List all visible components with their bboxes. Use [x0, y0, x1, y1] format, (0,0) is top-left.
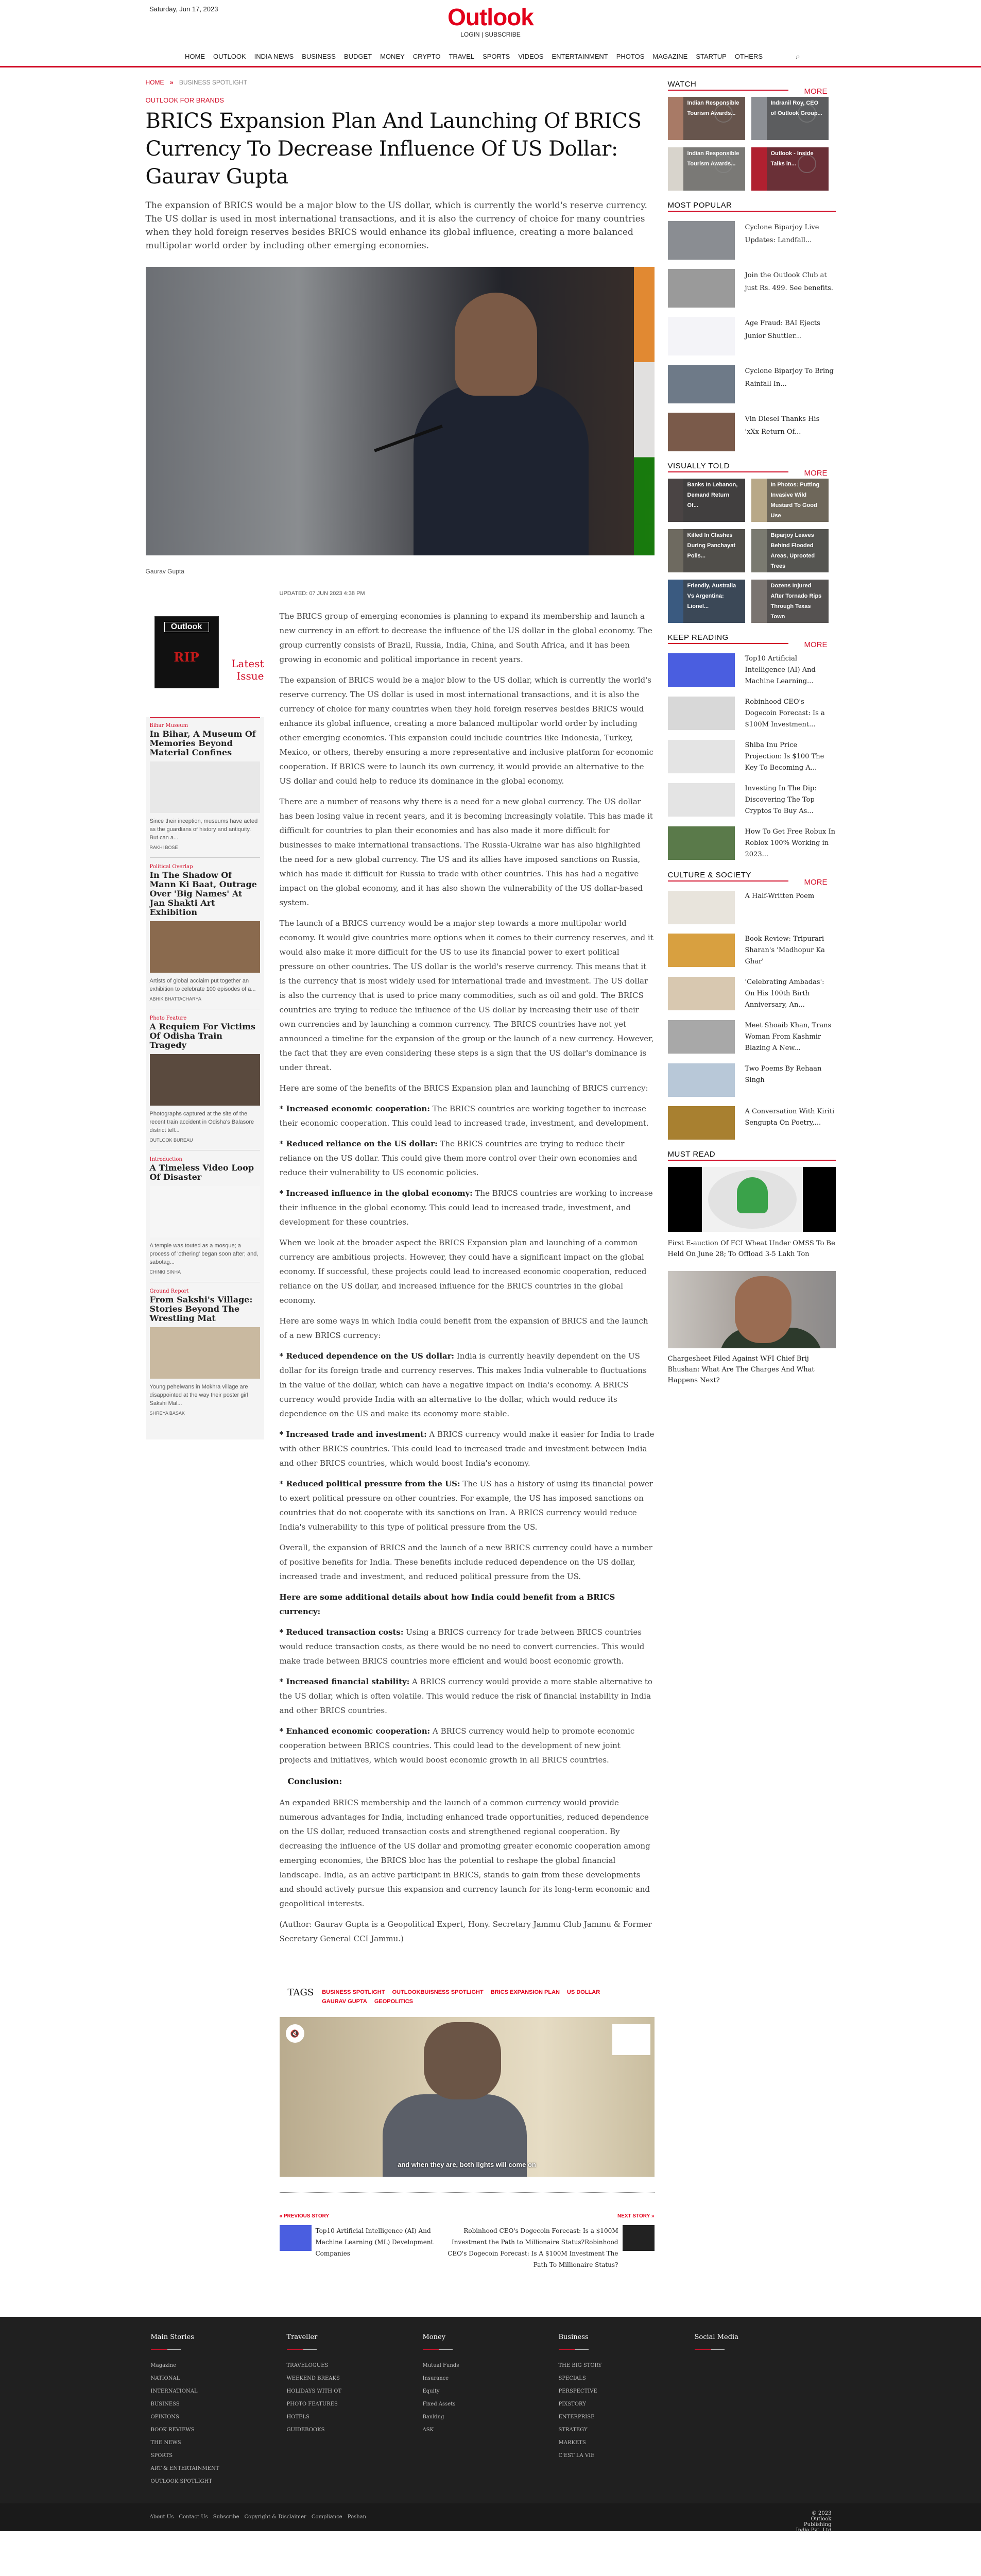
media-tile[interactable]: Friendly, Australia Vs Argentina: Lionel…: [668, 580, 745, 623]
footer-link[interactable]: SPORTS: [151, 2449, 287, 2462]
list-item-title[interactable]: A Conversation With Kiriti Sengupta On P…: [745, 1106, 836, 1140]
footer-column: Main StoriesMagazineNATIONALINTERNATIONA…: [151, 2333, 287, 2488]
nav-item-videos[interactable]: VIDEOS: [514, 53, 547, 62]
footer-link[interactable]: STRATEGY: [559, 2424, 695, 2436]
mute-icon[interactable]: 🔇: [286, 2024, 304, 2043]
list-item-thumbnail[interactable]: [668, 826, 735, 860]
site-footer: Main StoriesMagazineNATIONALINTERNATIONA…: [0, 2317, 981, 2531]
media-tile[interactable]: In Photos: Putting Invasive Wild Mustard…: [751, 479, 829, 522]
tag-link[interactable]: US DOLLAR: [567, 1989, 600, 1995]
nav-item-startup[interactable]: STARTUP: [692, 53, 730, 62]
paragraph: The launch of a BRICS currency would be …: [280, 916, 655, 1075]
hero-image: [146, 267, 655, 555]
paragraph: When we look at the broader aspect the B…: [280, 1235, 655, 1308]
footer-link[interactable]: SPECIALS: [559, 2372, 695, 2385]
footer-column-rule: [695, 2349, 725, 2350]
tag-link[interactable]: BUSINESS SPOTLIGHT: [322, 1989, 385, 1995]
paragraph-bold: Here are some additional details about h…: [280, 1592, 615, 1616]
must-read-section: MUST READ First E-auction Of FCI Wheat U…: [668, 1150, 836, 1386]
list-item-thumbnail[interactable]: [668, 891, 735, 924]
footer-link[interactable]: OPINIONS: [151, 2411, 287, 2424]
footer-bottom-links: About UsContact UsSubscribeCopyright & D…: [150, 2511, 372, 2533]
list-item[interactable]: Shiba Inu Price Projection: Is $100 The …: [668, 740, 836, 774]
footer-link[interactable]: ENTERPRISE: [559, 2411, 695, 2424]
list-item-thumbnail[interactable]: [668, 934, 735, 967]
tile-title[interactable]: Dozens Injured After Tornado Rips Throug…: [767, 580, 829, 623]
latest-issue-rule: [150, 717, 260, 718]
tile-title[interactable]: Biparjoy Leaves Behind Flooded Areas, Up…: [767, 529, 829, 572]
article-kicker[interactable]: OUTLOOK FOR BRANDS: [146, 96, 655, 104]
list-item-thumbnail[interactable]: [668, 1063, 735, 1097]
list-item-thumbnail[interactable]: [668, 269, 735, 308]
footer-link[interactable]: C'EST LA VIE: [559, 2449, 695, 2462]
next-story-title[interactable]: Robinhood CEO's Dogecoin Forecast: Is a …: [447, 2225, 618, 2270]
bullet-heading: * Reduced political pressure from the US…: [280, 1479, 460, 1488]
tag-link[interactable]: GEOPOLITICS: [374, 1998, 413, 2005]
footer-link[interactable]: TRAVELOGUES: [287, 2359, 423, 2372]
tile-title[interactable]: Outlook - Inside Talks in...: [767, 147, 829, 191]
video-figure-head: [424, 2022, 501, 2099]
footer-link[interactable]: Equity: [423, 2385, 559, 2398]
next-story[interactable]: NEXT STORY » Robinhood CEO's Dogecoin Fo…: [447, 2213, 654, 2270]
list-item-thumbnail[interactable]: [668, 1106, 735, 1140]
previous-story-label[interactable]: « PREVIOUS STORY: [280, 2213, 448, 2219]
card-author[interactable]: ABHIK BHATTACHARYA: [150, 996, 260, 1002]
footer-bottom: About UsContact UsSubscribeCopyright & D…: [0, 2503, 981, 2531]
bullet-paragraph: * Reduced reliance on the US dollar: The…: [280, 1137, 655, 1180]
bullet-heading: * Enhanced economic cooperation:: [280, 1726, 431, 1736]
list-item[interactable]: 'Celebrating Ambadas': On His 100th Birt…: [668, 977, 836, 1011]
keep-reading-list: Top10 Artificial Intelligence (AI) And M…: [668, 653, 836, 860]
tag-link[interactable]: BRICS EXPANSION PLAN: [491, 1989, 560, 1995]
footer-column: TravellerTRAVELOGUESWEEKEND BREAKSHOLIDA…: [287, 2333, 423, 2488]
footer-link[interactable]: BOOK REVIEWS: [151, 2424, 287, 2436]
footer-columns: Main StoriesMagazineNATIONALINTERNATIONA…: [146, 2317, 836, 2503]
footer-link[interactable]: WEEKEND BREAKS: [287, 2372, 423, 2385]
keep-reading-more-link[interactable]: MORE: [804, 640, 828, 649]
previous-story-thumbnail[interactable]: [280, 2225, 312, 2251]
nav-item-magazine[interactable]: MAGAZINE: [648, 53, 692, 62]
list-item-title[interactable]: Investing In The Dip: Discovering The To…: [745, 783, 836, 817]
media-tile[interactable]: Biparjoy Leaves Behind Flooded Areas, Up…: [751, 529, 829, 572]
card-author[interactable]: OUTLOOK BUREAU: [150, 1138, 260, 1143]
tile-title[interactable]: Indian Responsible Tourism Awards...: [683, 147, 745, 191]
sidebar: WATCH MORE Indian Responsible Tourism Aw…: [668, 75, 836, 2270]
list-item[interactable]: How To Get Free Robux In Roblox 100% Wor…: [668, 826, 836, 860]
footer-link[interactable]: Insurance: [423, 2372, 559, 2385]
list-item[interactable]: Investing In The Dip: Discovering The To…: [668, 783, 836, 817]
main-nav: HOMEOUTLOOKINDIA NEWSBUSINESSBUDGETMONEY…: [0, 53, 981, 62]
paragraph: Here are some ways in which India could …: [280, 1314, 655, 1343]
bullet-heading: * Increased economic cooperation:: [280, 1104, 430, 1113]
card-summary: Since their inception, museums have acte…: [150, 817, 260, 842]
next-story-label[interactable]: NEXT STORY »: [447, 2213, 654, 2219]
tile-title[interactable]: In Photos: Putting Invasive Wild Mustard…: [767, 479, 829, 522]
bullet-paragraph: * Reduced political pressure from the US…: [280, 1477, 655, 1534]
list-item-thumbnail[interactable]: [668, 365, 735, 403]
watch-grid: Indian Responsible Tourism Awards...Indr…: [668, 97, 836, 191]
watch-section: WATCH MORE Indian Responsible Tourism Aw…: [668, 80, 836, 191]
card-image[interactable]: [150, 1054, 260, 1106]
nav-item-entertainment[interactable]: ENTERTAINMENT: [547, 53, 612, 62]
tags-section: TAGS BUSINESS SPOTLIGHTOUTLOOKBUISNESS S…: [280, 1987, 655, 2005]
card-headline[interactable]: A Requiem For Victims Of Odisha Train Tr…: [150, 1022, 260, 1050]
previous-story[interactable]: « PREVIOUS STORY Top10 Artificial Intell…: [280, 2213, 448, 2270]
bullet-heading: * Increased influence in the global econ…: [280, 1189, 473, 1198]
card-image[interactable]: [150, 921, 260, 973]
card-headline[interactable]: In Bihar, A Museum Of Memories Beyond Ma…: [150, 730, 260, 757]
footer-link[interactable]: HOTELS: [287, 2411, 423, 2424]
next-story-thumbnail[interactable]: [623, 2225, 655, 2251]
footer-link[interactable]: MARKETS: [559, 2436, 695, 2449]
footer-column: MoneyMutual FundsInsuranceEquityFixed As…: [423, 2333, 559, 2488]
article-wrap: Outlook RIP Latest Issue Bihar MuseumIn …: [146, 596, 655, 2270]
card-category[interactable]: Ground Report: [150, 1289, 260, 1294]
paragraph: Here are some additional details about h…: [280, 1590, 655, 1619]
list-item[interactable]: Book Review: Tripurari Sharan's 'Madhopu…: [668, 934, 836, 968]
breadcrumb-section[interactable]: BUSINESS SPOTLIGHT: [179, 79, 247, 86]
list-item-thumbnail[interactable]: [668, 740, 735, 773]
breadcrumb: HOME » BUSINESS SPOTLIGHT: [146, 79, 655, 86]
latest-issue-cards: Bihar MuseumIn Bihar, A Museum Of Memori…: [146, 717, 264, 1439]
updated-timestamp: UPDATED: 07 JUN 2023 4:38 PM: [280, 590, 655, 597]
must-read-image-1[interactable]: [668, 1167, 836, 1232]
cover-logo: Outlook: [164, 622, 209, 632]
list-item[interactable]: A Half-Written Poem: [668, 891, 836, 924]
footer-bottom-link[interactable]: Poshan: [348, 2514, 366, 2520]
login-link[interactable]: LOGIN: [460, 31, 479, 38]
footer-column: Social Media: [695, 2333, 831, 2488]
latest-issue-card[interactable]: Ground ReportFrom Sakshi's Village: Stor…: [150, 1289, 260, 1423]
dotted-divider: [280, 2192, 655, 2193]
tile-title[interactable]: Killed In Clashes During Panchayat Polls…: [683, 529, 745, 572]
keep-reading-rule: [668, 643, 788, 644]
list-item-title[interactable]: Book Review: Tripurari Sharan's 'Madhopu…: [745, 934, 836, 968]
latest-issue-label-line1: Latest: [231, 657, 264, 670]
article-body: UPDATED: 07 JUN 2023 4:38 PM The BRICS g…: [280, 596, 655, 2270]
list-item[interactable]: Robinhood CEO's Dogecoin Forecast: Is a …: [668, 697, 836, 731]
must-read-headline-2[interactable]: Chargesheet Filed Against WFI Chief Brij…: [668, 1353, 836, 1386]
footer-column-rule: [151, 2349, 181, 2350]
paragraph: The BRICS group of emerging economies is…: [280, 609, 655, 667]
footer-link[interactable]: ART & ENTERTAINMENT: [151, 2462, 287, 2475]
nav-item-crypto[interactable]: CRYPTO: [409, 53, 445, 62]
breadcrumb-home[interactable]: HOME: [146, 79, 164, 86]
bullet-paragraph: * Increased financial stability: A BRICS…: [280, 1674, 655, 1718]
hero-figure-body: [414, 385, 589, 555]
footer-link[interactable]: Banking: [423, 2411, 559, 2424]
list-item[interactable]: Age Fraud: BAI Ejects Junior Shuttler...: [668, 317, 836, 355]
visually-told-grid: Banks In Lebanon, Demand Return Of...In …: [668, 479, 836, 623]
card-author[interactable]: CHINKI SINHA: [150, 1269, 260, 1275]
sponsor-badge: [612, 2024, 650, 2055]
list-item-title[interactable]: Join the Outlook Club at just Rs. 499. S…: [745, 269, 836, 308]
footer-bottom-link[interactable]: About Us: [150, 2514, 174, 2520]
most-popular-title: MOST POPULAR: [668, 201, 836, 210]
media-tile[interactable]: Killed In Clashes During Panchayat Polls…: [668, 529, 745, 572]
nav-item-money[interactable]: MONEY: [376, 53, 409, 62]
bullet-heading: * Increased financial stability:: [280, 1677, 410, 1686]
tile-title[interactable]: Friendly, Australia Vs Argentina: Lionel…: [683, 580, 745, 623]
card-image[interactable]: [150, 1327, 260, 1379]
video-subtitle: and when they are, both lights will come…: [280, 2161, 655, 2168]
tile-title[interactable]: Indian Responsible Tourism Awards...: [683, 97, 745, 140]
visually-told-rule: [668, 471, 788, 472]
previous-story-title[interactable]: Top10 Artificial Intelligence (AI) And M…: [316, 2225, 448, 2259]
conclusion-heading: Conclusion:: [288, 1776, 655, 1786]
footer-link[interactable]: Mutual Funds: [423, 2359, 559, 2372]
bullet-paragraph: * Reduced dependence on the US dollar: I…: [280, 1349, 655, 1421]
list-item[interactable]: Meet Shoaib Khan, Trans Woman From Kashm…: [668, 1020, 836, 1054]
tile-title[interactable]: Banks In Lebanon, Demand Return Of...: [683, 479, 745, 522]
list-item-title[interactable]: Two Poems By Rehaan Singh: [745, 1063, 836, 1097]
footer-link[interactable]: PHOTO FEATURES: [287, 2398, 423, 2411]
keep-reading-section: KEEP READING MORE Top10 Artificial Intel…: [668, 633, 836, 860]
media-tile[interactable]: Dozens Injured After Tornado Rips Throug…: [751, 580, 829, 623]
card-author[interactable]: SHREYA BASAK: [150, 1411, 260, 1416]
list-item-title[interactable]: How To Get Free Robux In Roblox 100% Wor…: [745, 826, 836, 860]
latest-issue-card[interactable]: Political OverlapIn The Shadow Of Mann K…: [150, 864, 260, 1009]
hero-flag: [634, 267, 655, 555]
watch-rule: [668, 90, 788, 91]
card-category[interactable]: Political Overlap: [150, 864, 260, 870]
outlook-logo[interactable]: Outlook: [0, 3, 981, 31]
list-item-title[interactable]: Shiba Inu Price Projection: Is $100 The …: [745, 740, 836, 774]
footer-link[interactable]: ASK: [423, 2424, 559, 2436]
latest-issue-card[interactable]: IntroductionA Timeless Video Loop Of Dis…: [150, 1157, 260, 1282]
paragraph: Here are some of the benefits of the BRI…: [280, 1081, 655, 1095]
bullet-paragraph: * Increased influence in the global econ…: [280, 1186, 655, 1229]
footer-link[interactable]: THE BIG STORY: [559, 2359, 695, 2372]
list-item-title[interactable]: Age Fraud: BAI Ejects Junior Shuttler...: [745, 317, 836, 355]
list-item-thumbnail[interactable]: [668, 1020, 735, 1054]
list-item-title[interactable]: Meet Shoaib Khan, Trans Woman From Kashm…: [745, 1020, 836, 1054]
site-header: Saturday, Jun 17, 2023 Outlook LOGIN | S…: [0, 0, 981, 67]
card-category[interactable]: Bihar Museum: [150, 723, 260, 728]
footer-link[interactable]: HOLIDAYS WITH OT: [287, 2385, 423, 2398]
bullet-text: India is currently heavily dependent on …: [280, 1351, 647, 1418]
footer-link[interactable]: THE NEWS: [151, 2436, 287, 2449]
bullet-paragraph: * Increased trade and investment: A BRIC…: [280, 1427, 655, 1470]
card-author[interactable]: RAKHI BOSE: [150, 845, 260, 850]
footer-bottom-link[interactable]: Copyright & Disclaimer: [245, 2514, 306, 2520]
list-item-title[interactable]: Robinhood CEO's Dogecoin Forecast: Is a …: [745, 697, 836, 731]
footer-column-title: Main Stories: [151, 2333, 287, 2341]
card-category[interactable]: Photo Feature: [150, 1015, 260, 1021]
nav-item-outlook[interactable]: OUTLOOK: [209, 53, 250, 62]
footer-column-title: Business: [559, 2333, 695, 2341]
nav-item-business[interactable]: BUSINESS: [298, 53, 340, 62]
latest-issue-label[interactable]: Latest Issue: [231, 657, 264, 682]
most-popular-section: MOST POPULAR Cyclone Biparjoy Live Updat…: [668, 201, 836, 451]
most-popular-list: Cyclone Biparjoy Live Updates: Landfall.…: [668, 221, 836, 451]
watch-more-link[interactable]: MORE: [804, 87, 828, 96]
visually-told-more-link[interactable]: MORE: [804, 469, 828, 478]
media-tile[interactable]: Indian Responsible Tourism Awards...: [668, 97, 745, 140]
nav-item-travel[interactable]: TRAVEL: [444, 53, 478, 62]
list-item-thumbnail[interactable]: [668, 977, 735, 1010]
must-read-image-2[interactable]: [668, 1271, 836, 1348]
list-item-thumbnail[interactable]: [668, 783, 735, 817]
list-item[interactable]: Cyclone Biparjoy Live Updates: Landfall.…: [668, 221, 836, 260]
hero-caption: Gaurav Gupta: [146, 568, 655, 575]
footer-link[interactable]: Fixed Assets: [423, 2398, 559, 2411]
footer-link[interactable]: INTERNATIONAL: [151, 2385, 287, 2398]
nav-item-india-news[interactable]: INDIA NEWS: [250, 53, 298, 62]
search-icon[interactable]: ⌕: [796, 53, 800, 62]
nav-item-budget[interactable]: BUDGET: [340, 53, 376, 62]
media-tile[interactable]: Indranil Roy, CEO of Outlook Group...: [751, 97, 829, 140]
tags-list: BUSINESS SPOTLIGHTOUTLOOKBUISNESS SPOTLI…: [322, 1987, 641, 2005]
auth-separator: |: [481, 31, 483, 38]
breadcrumb-separator: »: [170, 79, 174, 86]
latest-issue-panel: Outlook RIP Latest Issue Bihar MuseumIn …: [146, 596, 264, 2270]
header-bar: Saturday, Jun 17, 2023 Outlook LOGIN | S…: [0, 0, 981, 61]
bullet-heading: * Increased trade and investment:: [280, 1430, 427, 1439]
card-headline[interactable]: A Timeless Video Loop Of Disaster: [150, 1163, 260, 1182]
footer-link[interactable]: PERSPECTIVE: [559, 2385, 695, 2398]
most-popular-rule: [668, 211, 836, 212]
bullet-heading: * Reduced reliance on the US dollar:: [280, 1139, 438, 1148]
card-summary: Photographs captured at the site of the …: [150, 1110, 260, 1134]
article-dek: The expansion of BRICS would be a major …: [146, 199, 655, 252]
bullet-paragraph: * Enhanced economic cooperation: A BRICS…: [280, 1724, 655, 1767]
footer-bottom-link[interactable]: Contact Us: [179, 2514, 208, 2520]
card-headline[interactable]: From Sakshi's Village: Stories Beyond Th…: [150, 1295, 260, 1323]
card-image[interactable]: [150, 1186, 260, 1238]
footer-column-title: Traveller: [287, 2333, 423, 2341]
nav-item-photos[interactable]: PHOTOS: [612, 53, 649, 62]
footer-column: BusinessTHE BIG STORYSPECIALSPERSPECTIVE…: [559, 2333, 695, 2488]
card-summary: Artists of global acclaim put together a…: [150, 977, 260, 993]
footer-link[interactable]: NATIONAL: [151, 2372, 287, 2385]
list-item[interactable]: Cyclone Biparjoy To Bring Rainfall In...: [668, 365, 836, 403]
list-item[interactable]: Top10 Artificial Intelligence (AI) And M…: [668, 653, 836, 687]
list-item-thumbnail[interactable]: [668, 221, 735, 260]
bullet-heading: * Reduced transaction costs:: [280, 1628, 404, 1637]
footer-bottom-link[interactable]: Compliance: [312, 2514, 342, 2520]
list-item-title[interactable]: Vin Diesel Thanks His 'xXx Return Of...: [745, 413, 836, 451]
culture-more-link[interactable]: MORE: [804, 878, 828, 887]
subscribe-link[interactable]: SUBSCRIBE: [485, 31, 520, 38]
footer-column-title: Social Media: [695, 2333, 831, 2341]
footer-link[interactable]: BUSINESS: [151, 2398, 287, 2411]
latest-issue-card[interactable]: Bihar MuseumIn Bihar, A Museum Of Memori…: [150, 723, 260, 858]
tags-label: TAGS: [288, 1987, 314, 1998]
list-item-title[interactable]: Top10 Artificial Intelligence (AI) And M…: [745, 653, 836, 687]
nav-item-sports[interactable]: SPORTS: [478, 53, 514, 62]
latest-issue-card[interactable]: Photo FeatureA Requiem For Victims Of Od…: [150, 1015, 260, 1150]
list-item-title[interactable]: Cyclone Biparjoy To Bring Rainfall In...: [745, 365, 836, 403]
magazine-cover[interactable]: Outlook RIP: [154, 616, 219, 688]
footer-column-title: Money: [423, 2333, 559, 2341]
video-player[interactable]: 🔇 and when they are, both lights will co…: [280, 2017, 655, 2177]
card-category[interactable]: Introduction: [150, 1157, 260, 1162]
culture-list: A Half-Written PoemBook Review: Tripurar…: [668, 891, 836, 1140]
footer-column-rule: [287, 2349, 317, 2350]
must-read-rule: [668, 1160, 836, 1161]
tile-title[interactable]: Indranil Roy, CEO of Outlook Group...: [767, 97, 829, 140]
footer-column-rule: [423, 2349, 453, 2350]
card-image[interactable]: [150, 761, 260, 813]
copyright: © 2023 Outlook Publishing India Pvt. Ltd: [790, 2511, 832, 2533]
media-tile[interactable]: Indian Responsible Tourism Awards...: [668, 147, 745, 191]
footer-link[interactable]: OUTLOOK SPOTLIGHT: [151, 2475, 287, 2488]
list-item-title[interactable]: Cyclone Biparjoy Live Updates: Landfall.…: [745, 221, 836, 260]
story-navigation: « PREVIOUS STORY Top10 Artificial Intell…: [280, 2213, 655, 2270]
paragraph: An expanded BRICS membership and the lau…: [280, 1795, 655, 1911]
list-item-thumbnail[interactable]: [668, 317, 735, 355]
footer-bottom-link[interactable]: Subscribe: [213, 2514, 239, 2520]
bullet-paragraph: * Reduced transaction costs: Using a BRI…: [280, 1625, 655, 1668]
list-item[interactable]: Join the Outlook Club at just Rs. 499. S…: [668, 269, 836, 308]
list-item-thumbnail[interactable]: [668, 413, 735, 451]
list-item-thumbnail[interactable]: [668, 697, 735, 730]
list-item[interactable]: Vin Diesel Thanks His 'xXx Return Of...: [668, 413, 836, 451]
paragraph: There are a number of reasons why there …: [280, 794, 655, 910]
paragraph: The expansion of BRICS would be a major …: [280, 673, 655, 788]
list-item[interactable]: Two Poems By Rehaan Singh: [668, 1063, 836, 1097]
footer-link[interactable]: PIXSTORY: [559, 2398, 695, 2411]
cover-headline: RIP: [155, 650, 218, 665]
paragraph: Overall, the expansion of BRICS and the …: [280, 1540, 655, 1584]
culture-rule: [668, 880, 788, 882]
footer-column-rule: [559, 2349, 589, 2350]
list-item[interactable]: A Conversation With Kiriti Sengupta On P…: [668, 1106, 836, 1140]
list-item-title[interactable]: 'Celebrating Ambadas': On His 100th Birt…: [745, 977, 836, 1011]
media-tile[interactable]: Outlook - Inside Talks in...: [751, 147, 829, 191]
nav-item-home[interactable]: HOME: [181, 53, 209, 62]
must-read-headline-1[interactable]: First E-auction Of FCI Wheat Under OMSS …: [668, 1238, 836, 1260]
author-note: (Author: Gaurav Gupta is a Geopolitical …: [280, 1917, 655, 1946]
card-summary: Young pehelwans in Mokhra village are di…: [150, 1383, 260, 1408]
card-headline[interactable]: In The Shadow Of Mann Ki Baat, Outrage O…: [150, 871, 260, 917]
footer-link[interactable]: Magazine: [151, 2359, 287, 2372]
latest-issue-header: Outlook RIP Latest Issue: [146, 616, 264, 714]
must-read-title: MUST READ: [668, 1150, 836, 1159]
bullet-paragraph: * Increased economic cooperation: The BR…: [280, 1101, 655, 1130]
card-summary: A temple was touted as a mosque; a proce…: [150, 1242, 260, 1266]
latest-issue-label-line2: Issue: [231, 670, 264, 682]
culture-section: CULTURE & SOCIETY MORE A Half-Written Po…: [668, 871, 836, 1140]
tag-link[interactable]: GAURAV GUPTA: [322, 1998, 367, 2005]
tag-link[interactable]: OUTLOOKBUISNESS SPOTLIGHT: [392, 1989, 483, 1995]
media-tile[interactable]: Banks In Lebanon, Demand Return Of...: [668, 479, 745, 522]
nav-item-others[interactable]: OTHERS: [731, 53, 767, 62]
auth-links: LOGIN | SUBSCRIBE: [0, 31, 981, 38]
main-column: HOME » BUSINESS SPOTLIGHT OUTLOOK FOR BR…: [146, 75, 655, 2270]
list-item-title[interactable]: A Half-Written Poem: [745, 891, 815, 924]
hero-figure-head: [455, 293, 537, 396]
article-title: BRICS Expansion Plan And Launching Of BR…: [146, 107, 655, 191]
page-body: HOME » BUSINESS SPOTLIGHT OUTLOOK FOR BR…: [146, 67, 836, 2270]
visually-told-section: VISUALLY TOLD MORE Banks In Lebanon, Dem…: [668, 462, 836, 623]
bullet-heading: * Reduced dependence on the US dollar:: [280, 1351, 455, 1361]
list-item-thumbnail[interactable]: [668, 653, 735, 687]
footer-link[interactable]: GUIDEBOOKS: [287, 2424, 423, 2436]
